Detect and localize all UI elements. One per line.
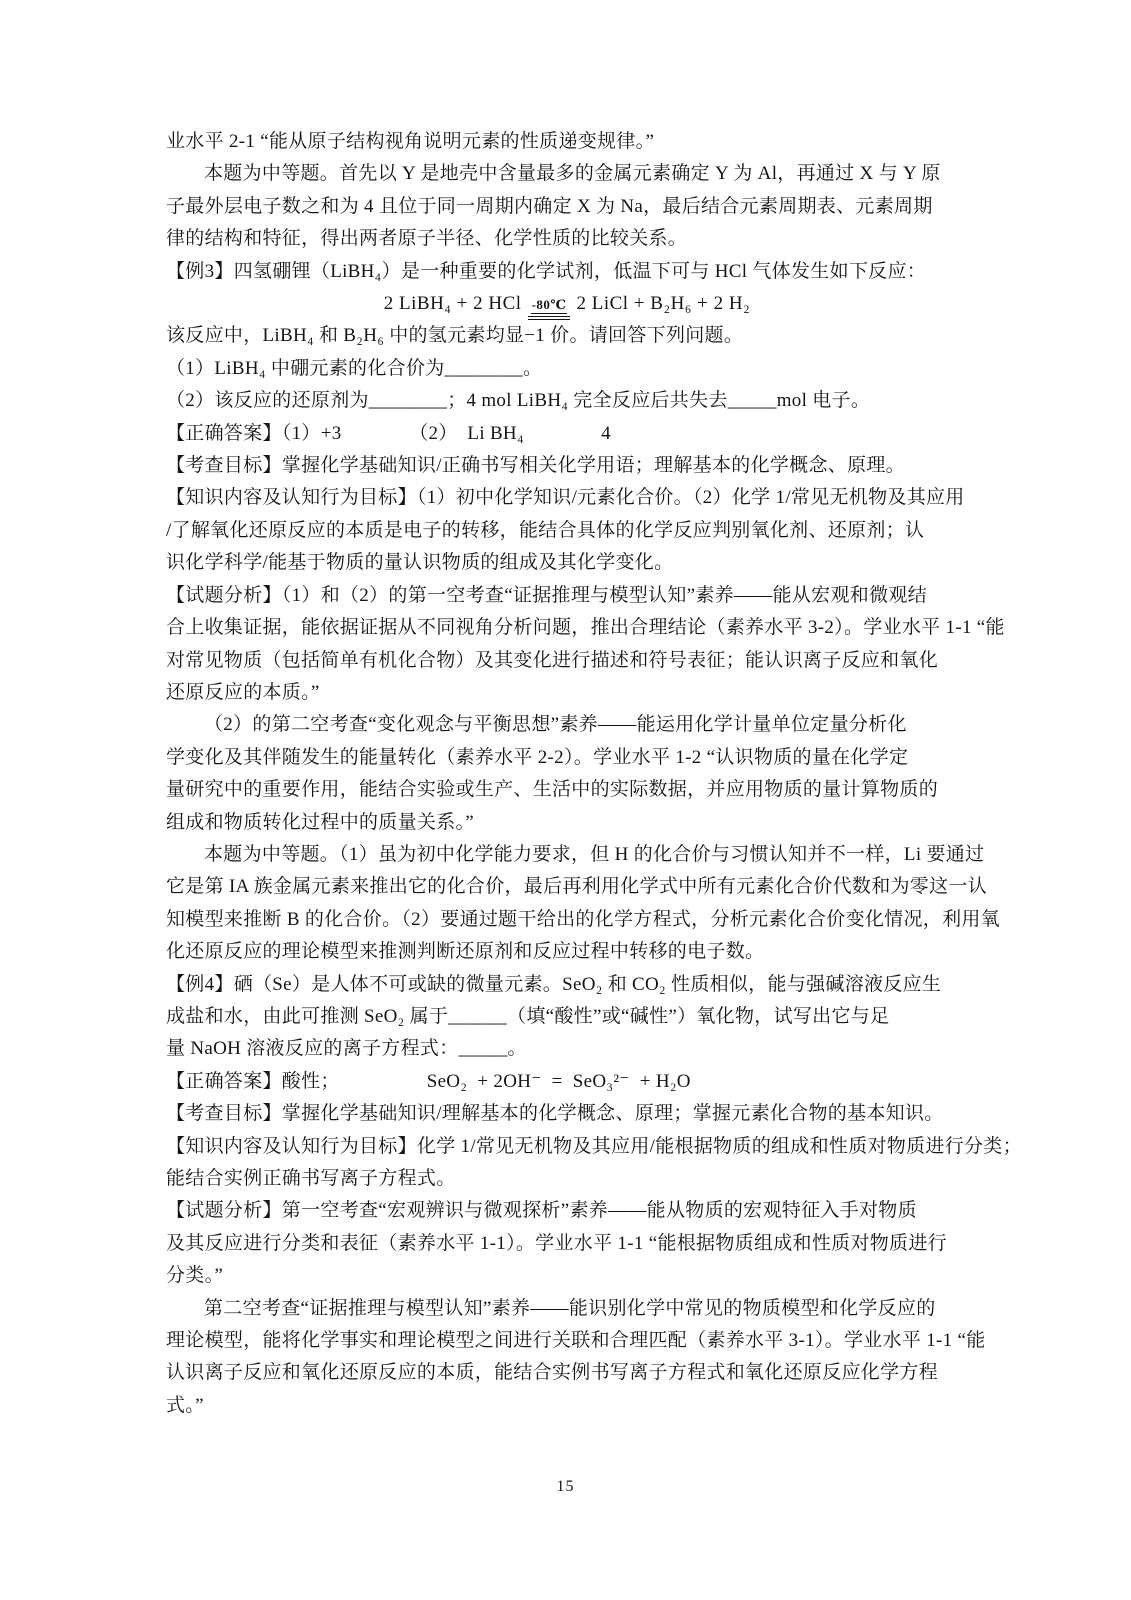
text-line: 【考查目标】掌握化学基础知识/正确书写相关化学用语；理解基本的化学概念、原理。 — [166, 450, 968, 482]
text-line: 【考查目标】掌握化学基础知识/理解基本的化学概念、原理；掌握元素化合物的基本知识… — [166, 1098, 968, 1130]
text-line: 学变化及其伴随发生的能量转化（素养水平 2-2）。学业水平 1-2 “认识物质的… — [166, 742, 968, 774]
text-line: 第二空考查“证据推理与模型认知”素养——能识别化学中常见的物质模型和化学反应的 — [166, 1293, 968, 1325]
text-line: 该反应中，LiBH₄ 和 B₂H₆ 中的氢元素均显−1 价。请回答下列问题。 — [166, 320, 968, 352]
text-line: 分类。” — [166, 1260, 968, 1292]
text-line: 能结合实例正确书写离子方程式。 — [166, 1163, 968, 1195]
equation-rhs: 2 LiCl + B₂H₆ + 2 H₂ — [576, 293, 750, 314]
text-line: 认识离子反应和氧化还原反应的本质，能结合实例书写离子方程式和氧化还原反应化学方程 — [166, 1357, 968, 1389]
text-line: 【正确答案】（1）+3 （2） Li BH₄ 4 — [166, 418, 968, 450]
text-line: 还原反应的本质。” — [166, 677, 968, 709]
text-line: 子最外层电子数之和为 4 且位于同一周期内确定 X 为 Na，最后结合元素周期表… — [166, 191, 968, 223]
text-line: 【例4】硒（Se）是人体不可或缺的微量元素。SeO₂ 和 CO₂ 性质相似，能与… — [166, 969, 968, 1001]
text-line: 成盐和水，由此可推测 SeO₂ 属于______（填“酸性”或“碱性”）氧化物，… — [166, 1001, 968, 1033]
document-page: 业水平 2-1 “能从原子结构视角说明元素的性质递变规律。”本题为中等题。首先以… — [0, 0, 1131, 1600]
document-content: 业水平 2-1 “能从原子结构视角说明元素的性质递变规律。”本题为中等题。首先以… — [166, 126, 968, 1422]
equation-lhs: 2 LiBH₄ + 2 HCl — [384, 293, 522, 314]
text-line: 组成和物质转化过程中的质量关系。” — [166, 807, 968, 839]
text-line: （2）该反应的还原剂为________；4 mol LiBH₄ 完全反应后共失去… — [166, 385, 968, 417]
text-line: 知模型来推断 B 的化合价。（2）要通过题干给出的化学方程式，分析元素化合价变化… — [166, 904, 968, 936]
text-line: 本题为中等题。首先以 Y 是地壳中含量最多的金属元素确定 Y 为 Al，再通过 … — [166, 158, 968, 190]
text-line: 对常见物质（包括简单有机化合物）及其变化进行描述和符号表征；能认识离子反应和氧化 — [166, 645, 968, 677]
text-line: 式。” — [166, 1390, 968, 1422]
text-line: /了解氧化还原反应的本质是电子的转移，能结合具体的化学反应判别氧化剂、还原剂；认 — [166, 515, 968, 547]
page-number: 15 — [0, 1478, 1131, 1496]
chemical-equation: 2 LiBH₄ + 2 HCl-80℃2 LiCl + B₂H₆ + 2 H₂ — [166, 288, 968, 320]
text-line: 化还原反应的理论模型来推测判断还原剂和反应过程中转移的电子数。 — [166, 936, 968, 968]
text-line: 合上收集证据，能依据证据从不同视角分析问题，推出合理结论（素养水平 3-2）。学… — [166, 612, 968, 644]
text-line: 【正确答案】酸性； SeO₂ + 2OH⁻ = SeO₃²⁻ + H₂O — [166, 1066, 968, 1098]
text-line: （1）LiBH₄ 中硼元素的化合价为________。 — [166, 353, 968, 385]
text-line: 【例3】四氢硼锂（LiBH₄）是一种重要的化学试剂，低温下可与 HCl 气体发生… — [166, 256, 968, 288]
text-line: 理论模型，能将化学事实和理论模型之间进行关联和合理匹配（素养水平 3-1）。学业… — [166, 1325, 968, 1357]
text-line: 识化学科学/能基于物质的量认识物质的组成及其化学变化。 — [166, 547, 968, 579]
text-line: 及其反应进行分类和表征（素养水平 1-1）。学业水平 1-1 “能根据物质组成和… — [166, 1228, 968, 1260]
text-line: 【知识内容及认知行为目标】（1）初中化学知识/元素化合价。（2）化学 1/常见无… — [166, 482, 968, 514]
text-line: 【知识内容及认知行为目标】化学 1/常见无机物及其应用/能根据物质的组成和性质对… — [166, 1131, 968, 1163]
text-line: 律的结构和特征，得出两者原子半径、化学性质的比较关系。 — [166, 223, 968, 255]
text-line: （2）的第二空考查“变化观念与平衡思想”素养——能运用化学计量单位定量分析化 — [166, 709, 968, 741]
text-line: 量 NaOH 溶液反应的离子方程式：_____。 — [166, 1033, 968, 1065]
text-line: 业水平 2-1 “能从原子结构视角说明元素的性质递变规律。” — [166, 126, 968, 158]
text-line: 本题为中等题。（1）虽为初中化学能力要求，但 H 的化合价与习惯认知并不一样，L… — [166, 839, 968, 871]
text-line: 【试题分析】（1）和（2）的第一空考查“证据推理与模型认知”素养——能从宏观和微… — [166, 580, 968, 612]
reaction-condition: -80℃ — [528, 298, 571, 320]
text-line: 量研究中的重要作用，能结合实验或生产、生活中的实际数据，并应用物质的量计算物质的 — [166, 774, 968, 806]
text-line: 它是第 IA 族金属元素来推出它的化合价，最后再利用化学式中所有元素化合价代数和… — [166, 871, 968, 903]
text-line: 【试题分析】第一空考查“宏观辨识与微观探析”素养——能从物质的宏观特征入手对物质 — [166, 1195, 968, 1227]
